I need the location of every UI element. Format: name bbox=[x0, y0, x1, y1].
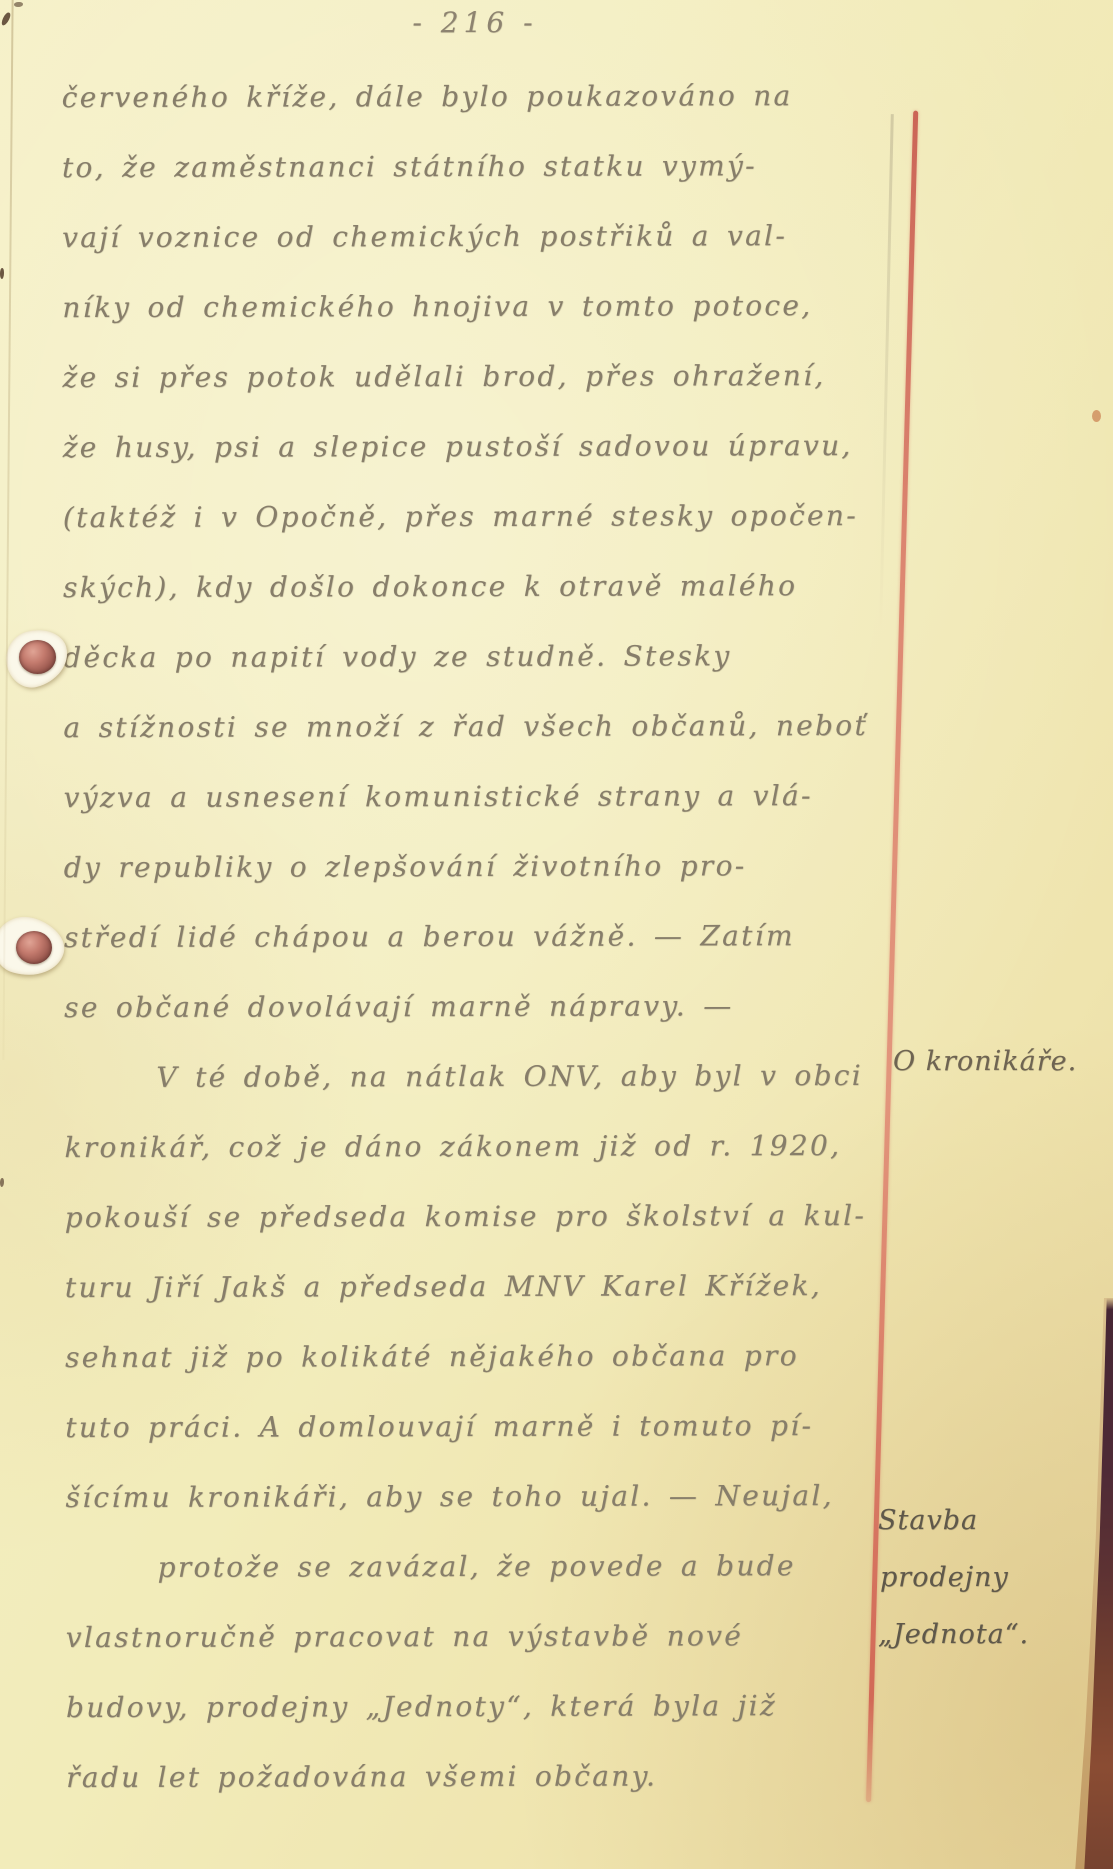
margin-note-stavba-line: „Jednota“. bbox=[878, 1606, 1103, 1663]
rust-stain bbox=[1092, 410, 1101, 422]
margin-note-kronikar: O kronikáře. bbox=[893, 1046, 1108, 1077]
handwritten-line: sehnat již po kolikáté nějakého občana p… bbox=[65, 1339, 877, 1411]
handwritten-line: (taktéž i v Opočně, přes marné stesky op… bbox=[63, 499, 875, 571]
handwritten-line: kronikář, což je dáno zákonem již od r. … bbox=[64, 1129, 876, 1201]
handwritten-line: šícímu kronikáři, aby se toho ujal. — Ne… bbox=[65, 1479, 877, 1551]
handwritten-line: vají voznice od chemických postřiků a va… bbox=[62, 219, 874, 291]
handwritten-line: že husy, psi a slepice pustoší sadovou ú… bbox=[63, 429, 875, 501]
margin-note-stavba: Stavba prodejny „Jednota“. bbox=[878, 1492, 1103, 1663]
paper-speck bbox=[0, 268, 4, 279]
paper-crease bbox=[2, 0, 13, 1060]
handwritten-line: že si přes potok udělali brod, přes ohra… bbox=[62, 359, 874, 431]
pencil-guide-line bbox=[879, 114, 894, 634]
margin-note-stavba-line: prodejny bbox=[878, 1549, 1103, 1606]
rusty-binding-pin bbox=[16, 931, 52, 964]
handwritten-line: dy republiky o zlepšování životního pro- bbox=[64, 849, 876, 921]
scanned-chronicle-page: - 216 - červeného kříže, dále bylo pouka… bbox=[0, 0, 1113, 1869]
page-number: - 216 - bbox=[380, 6, 570, 39]
handwritten-line: ských), kdy došlo dokonce k otravě maléh… bbox=[63, 569, 875, 641]
paper-speck bbox=[0, 11, 11, 26]
margin-note-stavba-line: Stavba bbox=[878, 1492, 1103, 1549]
handwritten-line: středí lidé chápou a berou vážně. — Zatí… bbox=[64, 919, 876, 991]
rusty-binding-pin bbox=[19, 640, 56, 674]
handwritten-line: to, že zaměstnanci státního statku vymý- bbox=[62, 149, 874, 221]
handwritten-line: níky od chemického hnojiva v tomto potoc… bbox=[62, 289, 874, 361]
handwritten-line: tuto práci. A domlouvají marně i tomuto … bbox=[65, 1409, 877, 1481]
handwritten-line: a stížnosti se množí z řad všech občanů,… bbox=[63, 709, 875, 781]
handwritten-line: červeného kříže, dále bylo poukazováno n… bbox=[62, 79, 874, 151]
handwritten-line: turu Jiří Jakš a předseda MNV Karel Kříž… bbox=[65, 1269, 877, 1341]
paper-speck bbox=[14, 2, 23, 7]
handwritten-line: pokouší se předseda komise pro školství … bbox=[65, 1199, 877, 1271]
handwritten-line: vlastnoručně pracovat na výstavbě nové bbox=[66, 1619, 878, 1691]
handwritten-line: výzva a usnesení komunistické strany a v… bbox=[64, 779, 876, 851]
handwritten-line: budovy, prodejny „Jednoty“, která byla j… bbox=[66, 1689, 878, 1761]
text-block: červeného kříže, dále bylo poukazováno n… bbox=[62, 79, 879, 1831]
paper-speck bbox=[0, 1178, 4, 1187]
handwritten-line: děcka po napití vody ze studně. Stesky bbox=[63, 639, 875, 711]
handwritten-line: se občané dovolávají marně nápravy. — bbox=[64, 989, 876, 1061]
handwritten-line: V té době, na nátlak ONV, aby byl v obci bbox=[64, 1059, 876, 1131]
handwritten-line: protože se zavázal, že povede a bude bbox=[66, 1549, 878, 1621]
handwritten-line: řadu let požadována všemi občany. bbox=[66, 1759, 878, 1831]
